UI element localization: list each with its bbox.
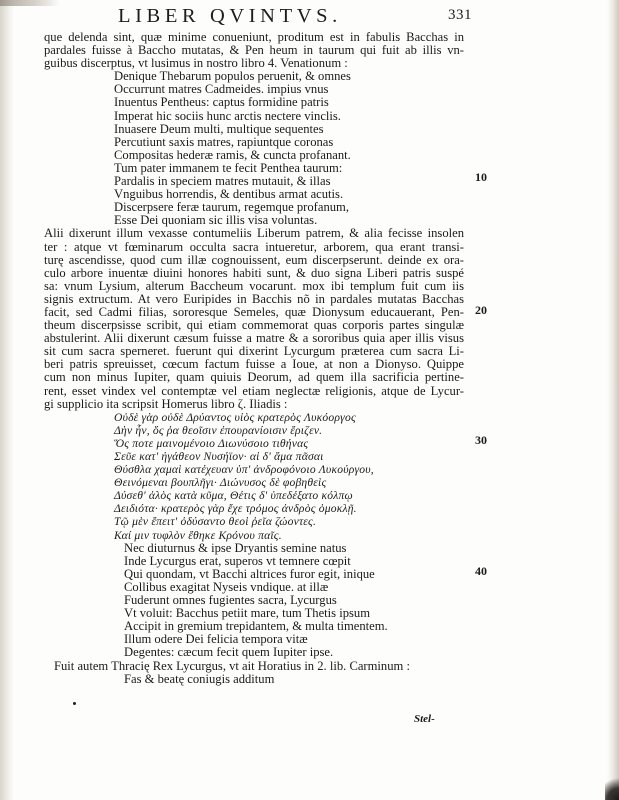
- book-page: LIBER QVINTVS. 331 que delenda sint, quæ…: [0, 0, 619, 800]
- line-number-40: 40: [475, 564, 487, 579]
- page-right-edge: [607, 0, 619, 800]
- greek-verse-line: Οὐδὲ γὰρ οὐδὲ Δρύαντος υἱὸς κρατερὸς Λυκ…: [44, 411, 464, 424]
- verse-line: Fas & beatę coniugis additum: [44, 673, 464, 686]
- greek-verse-line: Τῷ μὲν ἔπειτ' ὀδύσαντο θεοὶ ῥεῖα ζώοντες…: [44, 515, 464, 528]
- ink-dot: [73, 702, 76, 705]
- verse-line: Imperat hic sociis hunc arctis nectere v…: [44, 110, 464, 123]
- greek-verse-line: Θεινόμεναι βουπλῆγι· Διώνυσος δὲ φοβηθεὶ…: [44, 476, 464, 489]
- prose-line: Alii dixerunt illum vexasse contumeliis …: [44, 227, 464, 240]
- prose-line: Fuit autem Thracię Rex Lycurgus, vt ait …: [44, 660, 464, 673]
- verse-line: Percutiunt saxis matres, rapiuntque coro…: [44, 136, 464, 149]
- line-number-30: 30: [475, 433, 487, 448]
- greek-verse-line: Δύσεθ' ἁλὸς κατὰ κῦμα, Θέτις δ' ὑπεδέξατ…: [44, 489, 464, 502]
- greek-verse-line: Θύσθλα χαμαὶ κατέχευαν ὑπ' ἀνδροφόνοιο Λ…: [44, 463, 464, 476]
- greek-verse-line: Καί μιν τυφλὸν ἔθηκε Κρόνου παῖς.: [44, 529, 464, 542]
- prose-line: rent, esset vindex vel contemptæ vel eti…: [44, 385, 464, 398]
- verse-line: Qui quondam, vt Bacchi altrices furor eg…: [44, 568, 464, 581]
- page-left-edge: [0, 0, 14, 800]
- catchword: Stel-: [414, 713, 435, 725]
- greek-verse-line: Δὴν ἦν, ὅς ῥα θεοῖσιν ἐπουρανίοισιν ἔριζ…: [44, 424, 464, 437]
- verse-line: Compositas hederæ ramis, & cuncta profan…: [44, 149, 464, 162]
- page-top-shadow: [0, 0, 60, 6]
- prose-line: sa: vnum Lysium, alterum Baccheum vocaru…: [44, 280, 464, 293]
- verse-line: Nec diuturnus & ipse Dryantis semine nat…: [44, 542, 464, 555]
- prose-line: signis extructum. At vero Euripides in B…: [44, 293, 464, 306]
- page-number: 331: [448, 7, 472, 24]
- running-head: LIBER QVINTVS.: [118, 5, 342, 28]
- text-block: que delenda sint, quæ minime conueniunt,…: [44, 31, 464, 686]
- verse-line: Inuasere Deum multi, multique sequentes: [44, 123, 464, 136]
- prose-line: culo arbore inuentæ diuini honores habit…: [44, 267, 464, 280]
- line-number-20: 20: [475, 303, 487, 318]
- verse-line: Inde Lycurgus erat, superos vt temnere c…: [44, 555, 464, 568]
- page-corner-shadow: [605, 774, 619, 800]
- prose-line: ter : atque vt fœminarum occulta sacra i…: [44, 241, 464, 254]
- greek-verse-line: Δειδιότα· κρατερὸς γὰρ ἔχε τρόμος ἀνδρὸς…: [44, 502, 464, 515]
- verse-line: Degentes: cæcum fecit quem Iupiter ipse.: [44, 646, 464, 659]
- greek-verse-line: Ὅς ποτε μαινομένοιο Διωνύσοιο τιθήνας: [44, 437, 464, 450]
- prose-line: gi supplicio ita scripsit Homerus libro …: [44, 398, 464, 411]
- prose-line: turę ascendisse, quod cum illæ cognouiss…: [44, 254, 464, 267]
- line-number-10: 10: [475, 170, 487, 185]
- prose-line: cum non minus Iupiter, quam quiuis Deoru…: [44, 371, 464, 384]
- verse-line: Inuentus Pentheus: captus formidine patr…: [44, 96, 464, 109]
- greek-verse-line: Σεῦε κατ' ἠγάθεον Νυσήϊον· αἱ δ' ἅμα πᾶσ…: [44, 450, 464, 463]
